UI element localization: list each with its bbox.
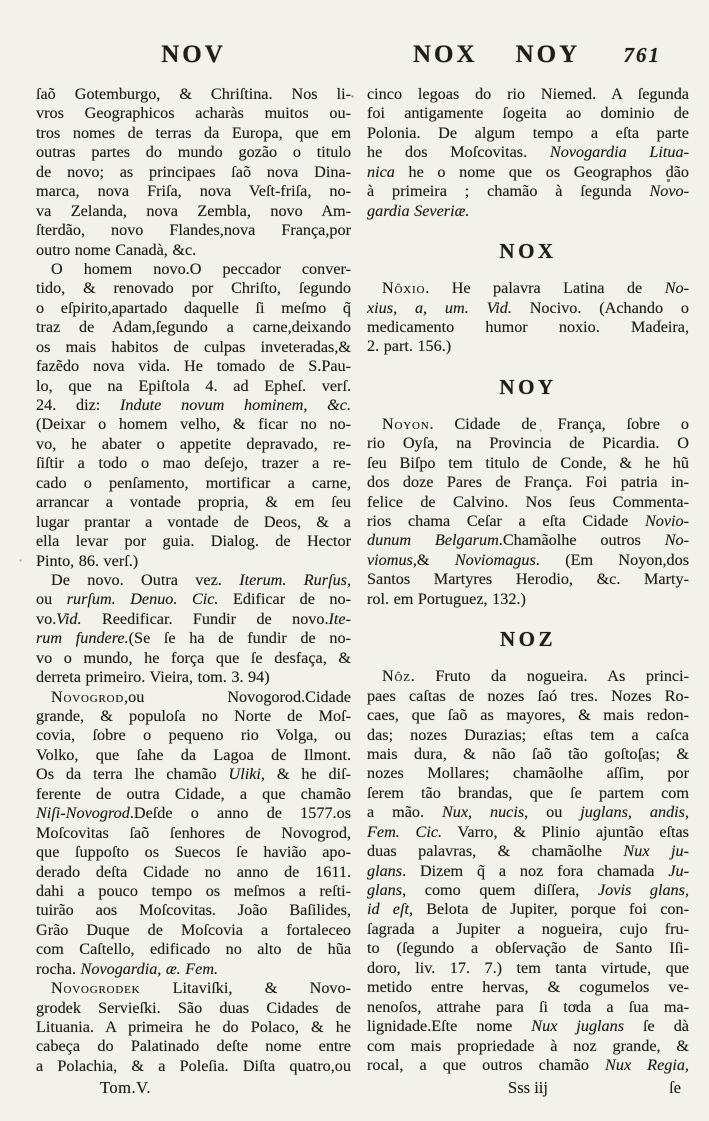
- italic-text: Nux, nucis: [442, 803, 524, 821]
- text-line: ella levar por guia. Dialog. de Hector: [36, 532, 351, 551]
- italic-text: Noviomagus: [455, 551, 536, 569]
- text-line: felice de Calvino. Nos ſeus Commenta-: [367, 493, 689, 512]
- text-line: arrancar a vontade propria, & em ſeu: [36, 493, 351, 512]
- text-columns: ſaõ Gotemburgo, & Chriſtina. Nos li-vros…: [36, 85, 709, 1076]
- running-header-left: NOV: [36, 40, 351, 70]
- italic-text: Vid.: [56, 610, 81, 628]
- italic-text: Novogardia Litua-: [550, 143, 689, 161]
- text-line: nica he o nome que os Geographos dão: [367, 163, 689, 182]
- volume-mark: Tom.V.: [36, 1077, 351, 1098]
- italic-text: No-: [665, 531, 689, 549]
- right-column: cinco legoas do rio Niemed. A ſegundafoi…: [367, 85, 689, 1076]
- text-line: vo.Vid. Reedificar. Fundir de novo.Ite-: [36, 610, 351, 629]
- text-line: metido entre hervas, & cogumelos ve-: [367, 978, 689, 997]
- italic-text: rum fundere.: [36, 629, 129, 647]
- text-line: ferente de outra Cidade, a que chamão: [36, 785, 351, 804]
- text-line: ſagrada a Jupiter a nogueira, cujo fru-: [367, 920, 689, 939]
- italic-text: nica: [367, 163, 395, 181]
- italic-text: Uliki: [229, 765, 261, 783]
- text-line: lugar prantar a vontade de Deos, & a: [36, 513, 351, 532]
- left-column: ſaõ Gotemburgo, & Chriſtina. Nos li-vros…: [36, 85, 351, 1076]
- text-line: tido, & renovado por Chriſto, ſegundo: [36, 279, 351, 298]
- entry-word: Nôxio: [382, 279, 425, 297]
- text-line: das; nozes Durazias; eſtas tem a caſca: [367, 726, 689, 745]
- text-line: caes, que ſaõ as mayores, & mais redon-: [367, 706, 689, 725]
- text-line: lignidade.Eſte nome Nux juglans ſe dà: [367, 1017, 689, 1036]
- entry-word: Novogrod: [51, 688, 124, 706]
- text-line: vros Geographicos acharàs muitos ou-: [36, 104, 351, 123]
- entry-word: Nôz: [382, 667, 411, 685]
- text-line: ſerem tão brandas, que ſe partem com: [367, 784, 689, 803]
- italic-text: viomus: [367, 551, 413, 569]
- text-line: rios chama Ceſar a eſta Cidade Novio-: [367, 512, 689, 531]
- italic-text: Nux ju-: [623, 842, 689, 860]
- catchword: ſe: [669, 1077, 681, 1098]
- section-heading: NOY: [367, 373, 689, 401]
- text-line: vo, he abater o appetite depravado, re-: [36, 435, 351, 454]
- text-line: a mão. Nux, nucis, ou juglans, andis,: [367, 803, 689, 822]
- italic-text: xius, a, um. Vid.: [367, 299, 512, 317]
- italic-text: Ju-: [668, 862, 689, 880]
- text-line: outras partes do mundo gozão o titulo: [36, 143, 351, 162]
- text-line: gardia Severiæ.: [367, 202, 689, 221]
- text-line: dunum Belgarum.Chamãolhe outros No-: [367, 531, 689, 550]
- gathering-signature: Sss iij: [508, 1078, 548, 1097]
- text-line: Polonia. De algum tempo a eſta parte: [367, 124, 689, 143]
- text-line: De novo. Outra vez. Iterum. Rurſus,: [36, 571, 351, 590]
- text-line: to (ſegundo a obſervação de Santo Iſi-: [367, 939, 689, 958]
- text-line: Moſcovitas ſaõ ſenhores de Novogrod,: [36, 824, 351, 843]
- text-line: id eſt, Belota de Jupiter, porque foi co…: [367, 900, 689, 919]
- italic-text: gardia Severiæ.: [367, 202, 469, 220]
- text-line: ou rurſum. Denuo. Cic. Edificar de no-: [36, 590, 351, 609]
- text-line: tros nomes de terras da Europa, que em: [36, 124, 351, 143]
- italic-text: glans: [367, 881, 402, 899]
- italic-text: Nux juglans: [531, 1017, 624, 1035]
- text-line: rol. em Portuguez, 132.): [367, 590, 689, 609]
- text-line: que ſuppoſto os Suecos ſe havião apo-: [36, 843, 351, 862]
- text-line: Lituania. A primeira he do Polaco, & he: [36, 1018, 351, 1037]
- text-line: derreta primeiro. Vieira, tom. 3. 94): [36, 668, 351, 687]
- text-line: rio Oyſa, na Provincia de Picardia. O: [367, 434, 689, 453]
- section-heading: NOX: [367, 237, 689, 265]
- text-line: o eſpirito,apartado daquelle ſi meſmo q̃: [36, 299, 351, 318]
- text-line: Novogrodek Litaviſki, & Novo-: [36, 979, 351, 998]
- entry-word: Novogrodek: [51, 979, 140, 997]
- text-line: paes caſtas de nozes ſaó tres. Nozes Ro-: [367, 687, 689, 706]
- text-line: vo o mundo, he força que ſe desfaça, &: [36, 649, 351, 668]
- page-footer: Tom.V. Sss iij ſe: [36, 1077, 709, 1098]
- text-line: ſeu Biſpo tem titulo de Conde, & he hũ: [367, 454, 689, 473]
- italic-text: id eſt: [367, 900, 409, 918]
- text-line: viomus,& Noviomagus. (Em Noyon,dos: [367, 551, 689, 570]
- text-line: mais dura, & não ſaõ tão goſtoſas; &: [367, 745, 689, 764]
- text-line: Niſi-Novogrod.Deſde o anno de 1577.os: [36, 804, 351, 823]
- text-line: dos doze Pares de França. Foi patria in-: [367, 473, 689, 492]
- running-header: NOV NOX NOY 761: [36, 40, 709, 70]
- text-line: medicamento humor noxio. Madeira,: [367, 318, 689, 337]
- text-line: lo, que na Epiſtola 4. ad Epheſ. verſ.: [36, 377, 351, 396]
- text-line: cado o penſamento, mortificar a carne,: [36, 474, 351, 493]
- italic-text: Novio-: [645, 512, 689, 530]
- text-line: outro nome Canadà, &c.: [36, 241, 351, 260]
- text-line: Fem. Cic. Varro, & Plinio ajuntão eſtas: [367, 823, 689, 842]
- page-number: 761: [624, 40, 662, 70]
- text-line: derado deſta Cidade no anno de 1611.: [36, 863, 351, 882]
- text-line: dahi a pouco tempo os meſmos a reſti-: [36, 882, 351, 901]
- text-line: O homem novo.O peccador conver-: [36, 260, 351, 279]
- text-line: Volko, que ſahe da Lagoa de Ilmont.: [36, 746, 351, 765]
- text-line: xius, a, um. Vid. Nocivo. (Achando o: [367, 299, 689, 318]
- italic-text: dunum Belgarum: [367, 531, 499, 549]
- text-line: de novo; as principaes ſaõ nova Dina-: [36, 163, 351, 182]
- text-line: he dos Moſcovitas. Novogardia Litua-: [367, 143, 689, 162]
- italic-text: Fem. Cic.: [367, 823, 442, 841]
- text-line: Grão Duque de Moſcovia a fortaleceo: [36, 921, 351, 940]
- text-line: os mais habitos de culpas inveteradas,&: [36, 338, 351, 357]
- running-header-title-noy: NOY: [516, 40, 581, 70]
- text-line: nenoſos, attrahe para ſi toda a ſua ma-: [367, 998, 689, 1017]
- text-line: rocal, a que outros chamão Nux Regia,: [367, 1056, 689, 1075]
- text-line: Nôz. Fruto da nogueira. As princi-: [367, 667, 689, 686]
- entry-word: Noyon: [382, 415, 429, 433]
- text-line: com mais propriedade à noz grande, &: [367, 1037, 689, 1056]
- text-line: rum fundere.(Se ſe ha de fundir de no-: [36, 629, 351, 648]
- italic-text: juglans, andis,: [580, 803, 689, 821]
- text-line: Pinto, 86. verſ.): [36, 552, 351, 571]
- text-line: ſaõ Gotemburgo, & Chriſtina. Nos li-: [36, 85, 351, 104]
- italic-text: Ite-: [329, 610, 351, 628]
- running-header-right: NOX NOY 761: [367, 40, 689, 70]
- text-line: duas palavras, & chamãolhe Nux ju-: [367, 842, 689, 861]
- running-header-title-nox: NOX: [413, 40, 478, 70]
- text-line: Novogrod,ou Novogorod.Cidade: [36, 688, 351, 707]
- text-line: grodek Servieſki. São duas Cidades de: [36, 999, 351, 1018]
- italic-text: Novogardia, æ. Fem.: [81, 960, 219, 978]
- italic-text: Indute novum hominem, &c.: [120, 396, 351, 414]
- italic-text: Novo-: [649, 182, 689, 200]
- text-line: marca, nova Friſa, nova Veſt-friſa, no-: [36, 182, 351, 201]
- italic-text: Jovis glans,: [598, 881, 689, 899]
- text-line: doro, liv. 17. 7.) tem tanta virtude, qu…: [367, 959, 689, 978]
- text-line: glans, como quem diſſera, Jovis glans,: [367, 881, 689, 900]
- italic-text: No-: [665, 279, 689, 297]
- italic-text: Iterum. Rurſus,: [239, 571, 351, 589]
- text-line: glans. Dizem q̃ a noz fora chamada Ju-: [367, 862, 689, 881]
- section-heading: NOZ: [367, 625, 689, 653]
- text-line: (Deixar o homem velho, & ficar no no-: [36, 415, 351, 434]
- italic-text: Niſi-Novogrod: [36, 804, 130, 822]
- text-line: grande, & populoſa no Norte de Moſ-: [36, 707, 351, 726]
- text-line: traz de Adam,ſegundo a carne,deixando: [36, 318, 351, 337]
- text-line: ſiſtir a todo o mao deſejo, trazer a re-: [36, 454, 351, 473]
- text-line: Os da terra lhe chamão Uliki, & he diſ-: [36, 765, 351, 784]
- text-line: nozes Mollares; chamãolhe aſſim, por: [367, 764, 689, 783]
- text-line: cabeça do Palatinado deſte nome entre: [36, 1037, 351, 1056]
- text-line: cinco legoas do rio Niemed. A ſegunda: [367, 85, 689, 104]
- text-line: 2. part. 156.): [367, 337, 689, 356]
- text-line: rocha. Novogardia, æ. Fem.: [36, 960, 351, 979]
- italic-text: glans: [367, 862, 402, 880]
- text-line: va Zelanda, nova Zembla, novo Am-: [36, 202, 351, 221]
- text-line: à primeira ; chamão à ſegunda Novo-: [367, 182, 689, 201]
- text-line: 24. diz: Indute novum hominem, &c.: [36, 396, 351, 415]
- text-line: fazẽdo nova vida. He tomado de S.Pau-: [36, 357, 351, 376]
- text-line: ſterdão, novo Flandes,nova França,por: [36, 221, 351, 240]
- text-line: covia, ſobre o pequeno rio Volga, ou: [36, 726, 351, 745]
- text-line: tuirão aos Moſcovitas. João Baſilides,: [36, 901, 351, 920]
- text-line: Noyon. Cidade de França, ſobre o: [367, 415, 689, 434]
- text-line: foi antigamente ſogeita ao dominio de: [367, 104, 689, 123]
- text-line: a Polachia, & a Poleſia. Diſta quatro,ou: [36, 1057, 351, 1076]
- book-page: NOV NOX NOY 761 ſaõ Gotemburgo, & Chriſt…: [0, 0, 709, 1098]
- italic-text: rurſum. Denuo. Cic.: [67, 590, 219, 608]
- text-line: com Caſtello, edificado no alto de hũa: [36, 940, 351, 959]
- italic-text: Nux Regia,: [605, 1056, 689, 1074]
- text-line: Santos Martyres Herodio, &c. Marty-: [367, 570, 689, 589]
- text-line: Nôxio. He palavra Latina de No-: [367, 279, 689, 298]
- footer-right: Sss iij ſe: [367, 1077, 689, 1098]
